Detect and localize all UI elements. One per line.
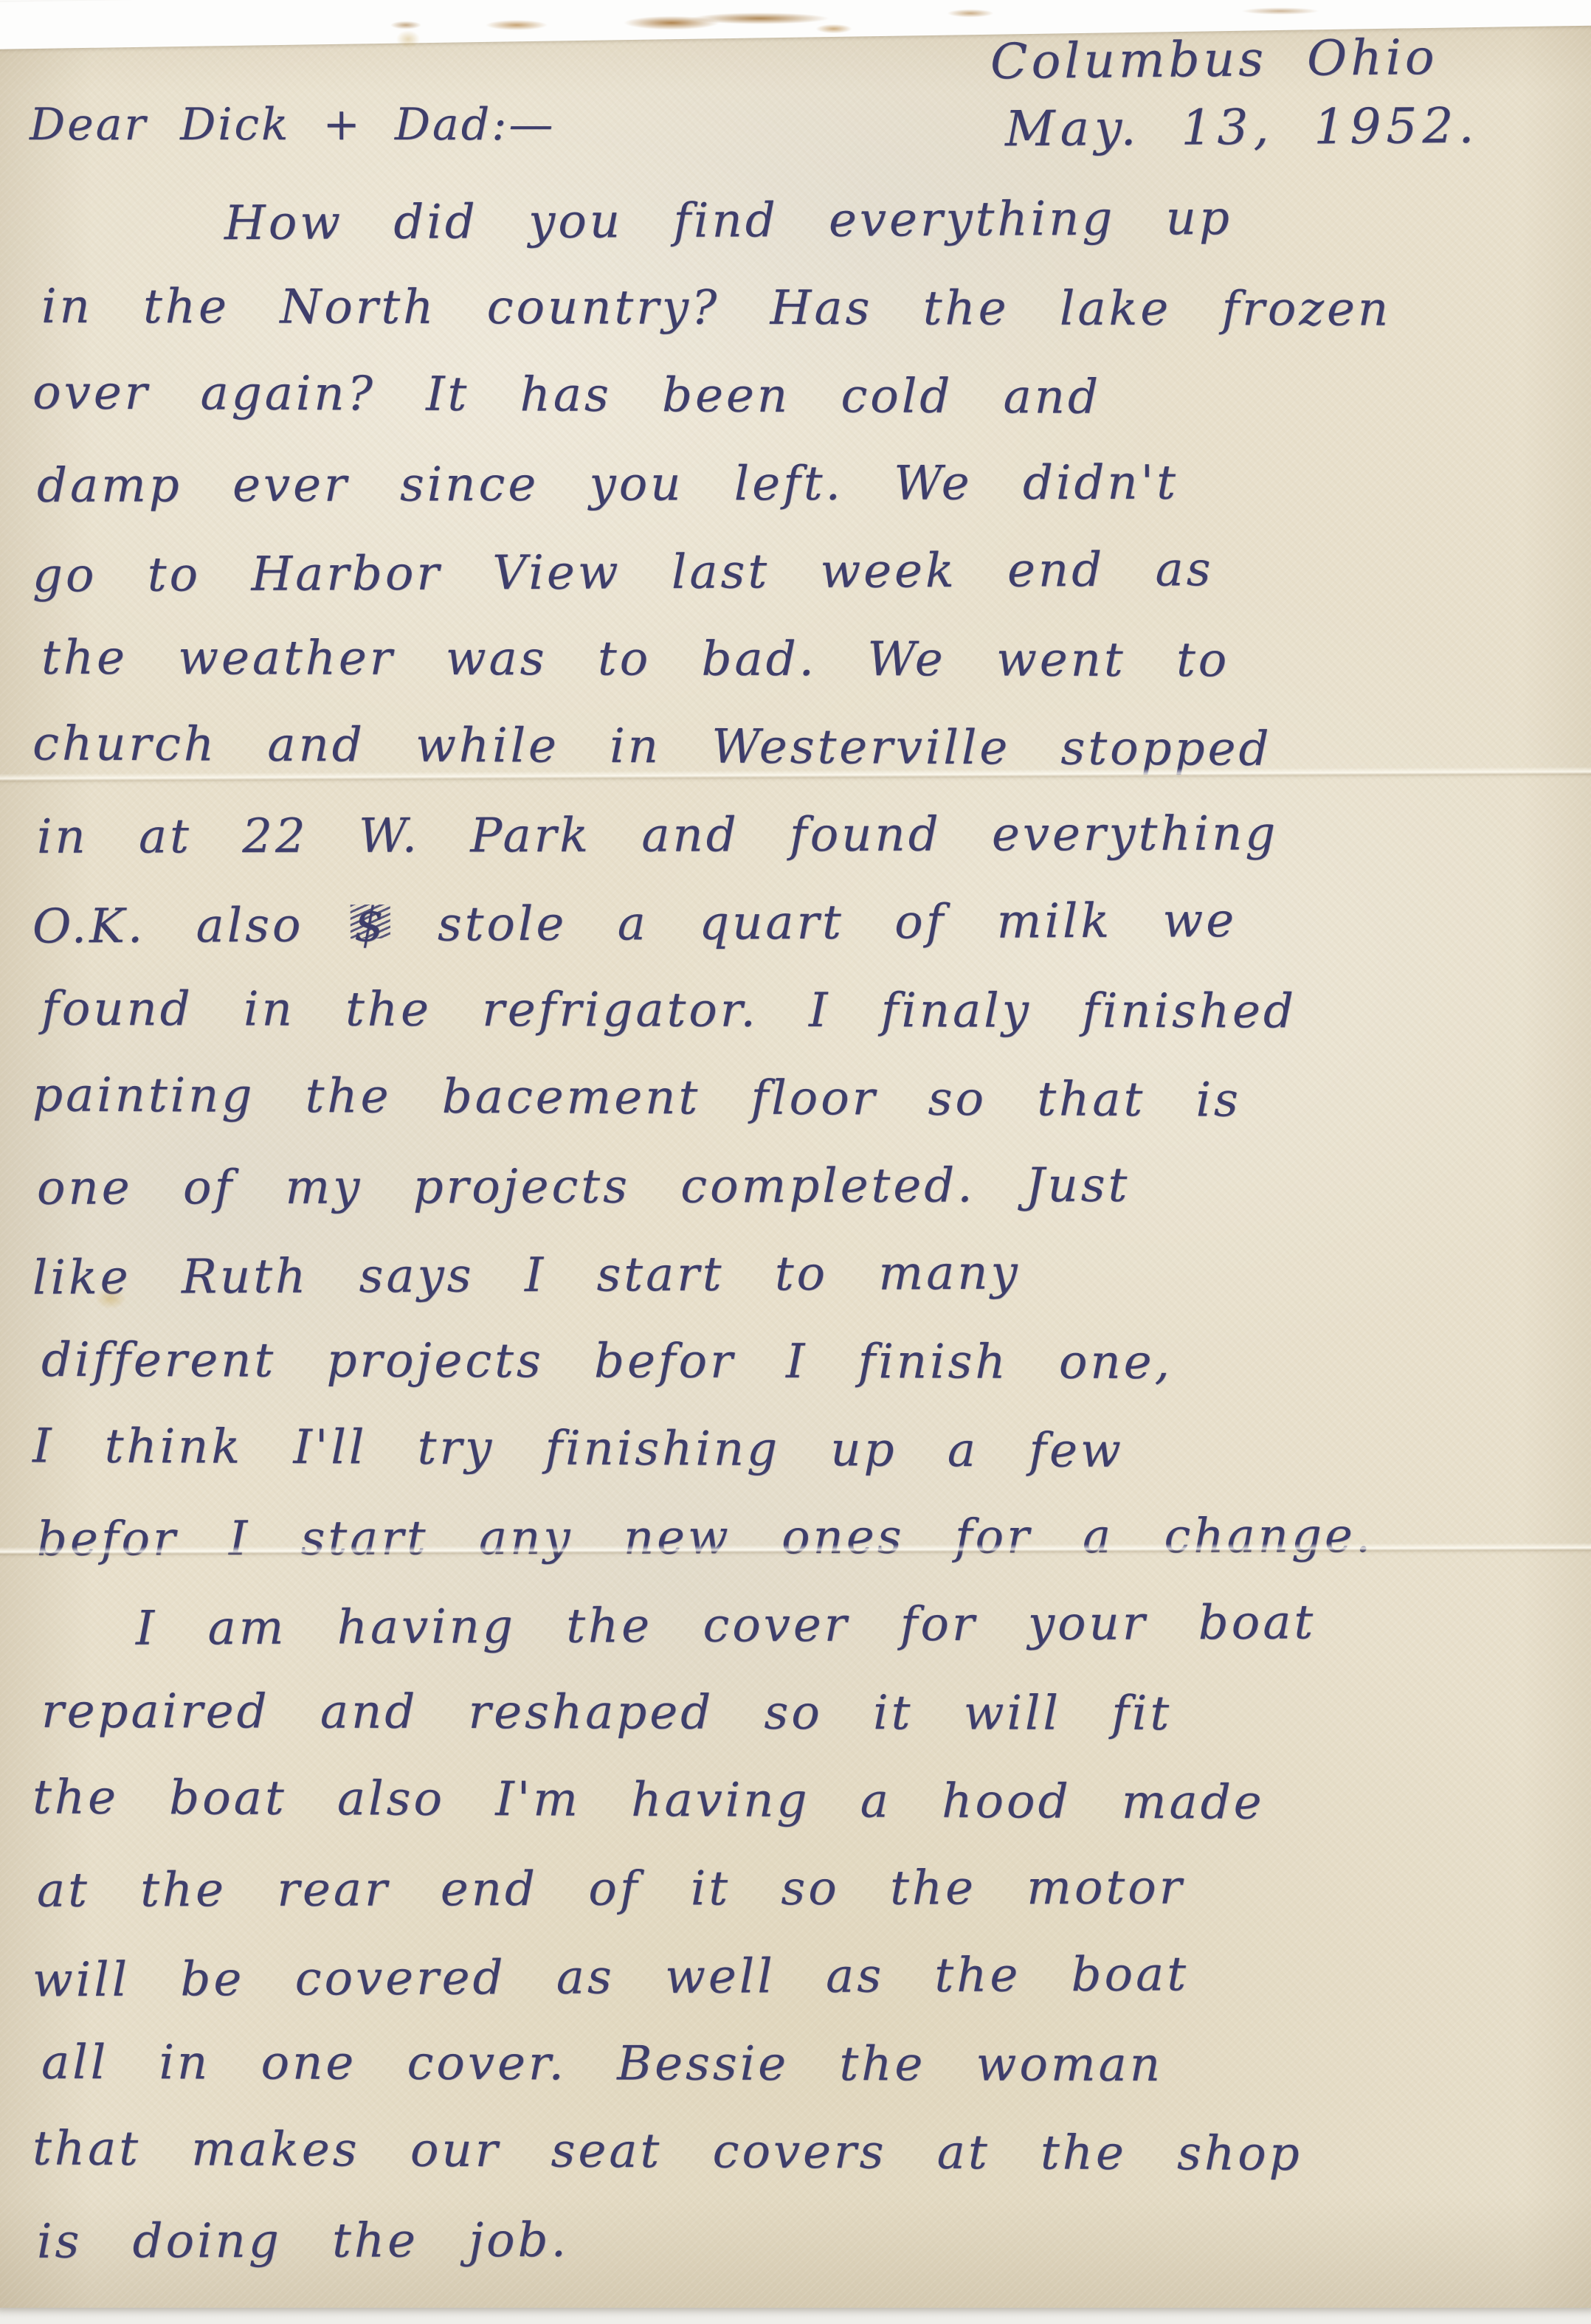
letter-line-text: the weather was to bad. We went to: [41, 631, 1229, 688]
letter-body: How did you find everything upin the Nor…: [32, 193, 1576, 2300]
letter-line: in the North country? Has the lake froze…: [41, 280, 1576, 370]
letter-line-text: found in the refrigator. I finaly finish…: [41, 982, 1297, 1040]
letter-line: church and while in Westerville stopped: [32, 716, 1576, 811]
letter-place: Columbus Ohio: [990, 29, 1438, 90]
letter-line-text: I think I'll try finishing up a few: [32, 1419, 1124, 1478]
letter-line: O.K. also $ stole a quart of milk we: [32, 892, 1577, 988]
letter-line: How did you find everything up: [32, 190, 1577, 286]
letter-line-text: is doing the job.: [37, 2213, 569, 2269]
letter-line-text: go to Harbor View last week end as: [32, 542, 1214, 603]
letter-line-text: in the North country? Has the lake froze…: [41, 280, 1391, 337]
letter-line: damp ever since you left. We didn't: [37, 454, 1576, 546]
letter-line-text: the boat also I'm having a hood made: [32, 1770, 1265, 1830]
letter-line: different projects befor I finish one,: [41, 1333, 1576, 1424]
letter-line-text: I am having the cover for your boat: [136, 1595, 1316, 1656]
letter-line-text: damp ever since you left. We didn't: [37, 456, 1178, 513]
letter-line: one of my projects completed. Just: [37, 1157, 1576, 1248]
letter-line: over again? It has been cold and: [32, 365, 1576, 460]
letter-line-text: befor I start any new ones for a change.: [37, 1509, 1373, 1567]
letter-line: all in one cover. Bessie the woman: [41, 2036, 1576, 2126]
letter-line-text: How did you find everything up: [224, 191, 1232, 251]
letter-line-text: different projects befor I finish one,: [41, 1333, 1173, 1390]
letter-line-text: will be covered as well as the boat: [32, 1947, 1189, 2007]
letter-line-text: repaired and reshaped so it will fit: [41, 1684, 1172, 1741]
letter-line-text: painting the bacement floor so that is: [32, 1068, 1241, 1127]
letter-paper: Columbus Ohio May. 13, 1952. Dear Dick +…: [0, 4, 1591, 2308]
letter-line-text: stole a quart of milk we: [387, 893, 1237, 952]
letter-line: like Ruth says I start to many: [32, 1243, 1577, 1339]
letter-line: the boat also I'm having a hood made: [32, 1770, 1576, 1864]
letter-date: May. 13, 1952.: [1004, 97, 1479, 157]
scribbled-out-text: $: [354, 898, 387, 952]
letter-line-text: that makes our seat covers at the shop: [32, 2121, 1302, 2182]
letter-line-text: all in one cover. Bessie the woman: [41, 2036, 1163, 2092]
letter-line-text: at the rear end of it so the motor: [37, 1861, 1185, 1918]
letter-salutation: Dear Dick + Dad:—: [30, 99, 555, 151]
letter-line-text: over again? It has been cold and: [32, 365, 1101, 424]
letter-line: painting the bacement floor so that is: [32, 1068, 1576, 1162]
letter-line: go to Harbor View last week end as: [32, 541, 1577, 637]
letter-line: in at 22 W. Park and found everything: [37, 806, 1576, 897]
scanned-letter-page: Columbus Ohio May. 13, 1952. Dear Dick +…: [0, 0, 1591, 2324]
letter-line: repaired and reshaped so it will fit: [41, 1684, 1576, 1775]
letter-line: I think I'll try finishing up a few: [32, 1419, 1576, 1513]
letter-line: the weather was to bad. We went to: [41, 631, 1576, 722]
letter-line-text: church and while in Westerville stopped: [32, 716, 1272, 776]
letter-line: I am having the cover for your boat: [32, 1594, 1577, 1690]
letter-line: at the rear end of it so the motor: [37, 1859, 1576, 1951]
letter-line-text: in at 22 W. Park and found everything: [37, 806, 1278, 864]
letter-line-text: like Ruth says I start to many: [32, 1245, 1021, 1305]
letter-line-text: one of my projects completed. Just: [37, 1158, 1131, 1216]
letter-line: found in the refrigator. I finaly finish…: [41, 982, 1576, 1073]
letter-line: is doing the job.: [37, 2210, 1576, 2302]
letter-line: that makes our seat covers at the shop: [32, 2121, 1576, 2216]
letter-line: will be covered as well as the boat: [32, 1946, 1577, 2041]
letter-line: befor I start any new ones for a change.: [37, 1508, 1576, 1600]
letter-line-text: O.K. also: [32, 898, 354, 954]
